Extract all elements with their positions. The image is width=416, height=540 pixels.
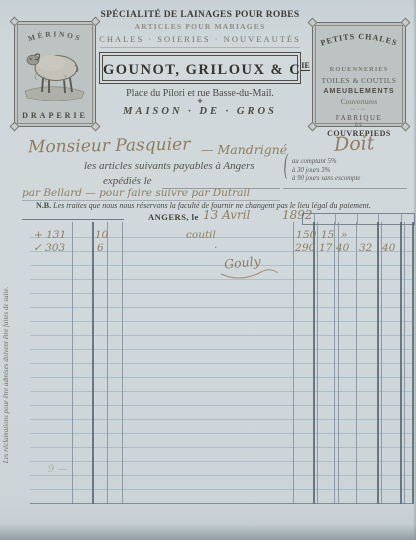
payable-printed-line: les articles suivants payables à Angers [84, 160, 255, 172]
company-name-box: GOUNOT, GRILOUX & CIE [99, 52, 301, 84]
petits-chales-arc-label: PETITS CHALES [315, 29, 403, 49]
articles-mariages-line: ARTICLES POUR MARIAGES [96, 22, 304, 31]
table-rule [293, 222, 294, 504]
row-ref: + 131 [34, 229, 66, 241]
corner-ornament [401, 18, 411, 28]
row-price-fr: 1 [296, 229, 303, 241]
header-column-rule [335, 214, 336, 224]
nb-label: N.B. [36, 201, 51, 210]
row-price-fr: 2 [295, 242, 302, 254]
corner-ornament [91, 122, 101, 132]
term-comptant: au comptant 5% [292, 158, 360, 167]
chales-soieries-line: CHALES · SOIERIES · NOUVEAUTÉS [96, 34, 304, 44]
terms-underline [283, 187, 407, 189]
row-amount-fr: 17 [319, 242, 332, 254]
fabrique-label: FABRIQUE [313, 115, 405, 122]
table-rule [377, 222, 379, 504]
table-rule [400, 222, 402, 504]
speciality-line: SPÉCIALITÉ DE LAINAGES POUR ROBES [96, 10, 304, 20]
header-column-rule [357, 214, 358, 224]
street-address: Place du Pilori et rue Basse-du-Mail. [96, 88, 304, 99]
couvertures-label: Couvertures [313, 98, 405, 106]
shipping-handwriting: par Bellard — pour faire suivre par Dutr… [22, 187, 250, 199]
table-rule [356, 222, 357, 504]
ameublements-label: AMEUBLEMENTS [313, 88, 405, 95]
addressee-handwriting: Monsieur Pasquier [28, 135, 191, 158]
table-bottom-rule [30, 503, 413, 504]
cross-ornament: ✚ [96, 99, 304, 105]
expedies-printed-line: expédiés le [103, 175, 152, 187]
place-label: ANGERS, le [148, 212, 199, 222]
toiles-coutils-label: TOILES & COUTILS [313, 77, 405, 85]
merino-sheep-illustration [21, 41, 87, 101]
destination-handwriting: — Mandrigné [201, 142, 287, 157]
row-price-ct: 50 [303, 229, 316, 241]
merino-vignette: MÉRINOS DRAPERIE [14, 21, 96, 127]
row-price-ct: 90 [302, 242, 315, 254]
terms-brace: ( [284, 155, 288, 177]
row-qty: 6 [97, 242, 104, 254]
corner-ornament [10, 122, 20, 132]
invoice-scan: MÉRINOS DRAPERIE PETITS CHALES [0, 0, 416, 540]
table-rule [72, 222, 73, 504]
doit-handwriting: Doit [334, 132, 375, 155]
services-box: PETITS CHALES ROUENNERIES TOILES & COUTI… [312, 22, 406, 127]
table-rule [92, 222, 94, 504]
row-qty: 10 [95, 229, 108, 241]
row-amount-ct: » [341, 229, 347, 241]
table-rule [107, 222, 108, 504]
row-amount-fr: 15 [321, 229, 334, 241]
date-handwriting: 13 Avril [203, 208, 250, 222]
svg-text:PETITS CHALES: PETITS CHALES [319, 32, 398, 48]
paraph-flourish [218, 266, 282, 280]
term-90-jours: à 90 jours sans escompte [292, 175, 360, 184]
company-name: GOUNOT, GRILOUX & CIE [102, 55, 298, 81]
date-left-rule [22, 219, 124, 220]
company-main: GOUNOT, GRILOUX & C [103, 62, 301, 78]
corner-ornament [308, 18, 318, 28]
letterhead: SPÉCIALITÉ DE LAINAGES POUR ROBES ARTICL… [96, 10, 304, 117]
table-rule [381, 222, 382, 504]
table-rule [334, 222, 335, 504]
row-amount-ct: 40 [336, 242, 349, 254]
margin-claims-notice: Les réclamations pour être admises doive… [2, 230, 16, 520]
maison-de-gros-label: MAISON · DE · GROS [96, 106, 304, 117]
row-total-fr: 32 [359, 242, 372, 254]
payment-terms: au comptant 5% à 30 jours 3% à 90 jours … [292, 158, 360, 184]
term-30-jours: à 30 jours 3% [292, 167, 360, 176]
row-total-ct: 40 [382, 242, 395, 254]
table-rule [317, 222, 318, 504]
divider-ornament: ~·~ [313, 107, 405, 114]
row-desc: · [214, 242, 217, 254]
table-rule [313, 222, 315, 504]
table-rule [122, 222, 123, 504]
row-ref: ✓ 303 [33, 242, 65, 254]
corner-ornament [10, 17, 20, 27]
row-desc: coutil [186, 229, 216, 241]
company-suffix: IE [301, 61, 309, 71]
rouenneries-label: ROUENNERIES [313, 67, 405, 74]
draperie-label: DRAPERIE [15, 111, 95, 120]
table-rule [338, 222, 339, 504]
de-label: DE [313, 123, 405, 128]
header-divider [100, 47, 300, 48]
faint-note-handwriting: 9 — [48, 464, 68, 475]
table-rule [404, 222, 405, 504]
